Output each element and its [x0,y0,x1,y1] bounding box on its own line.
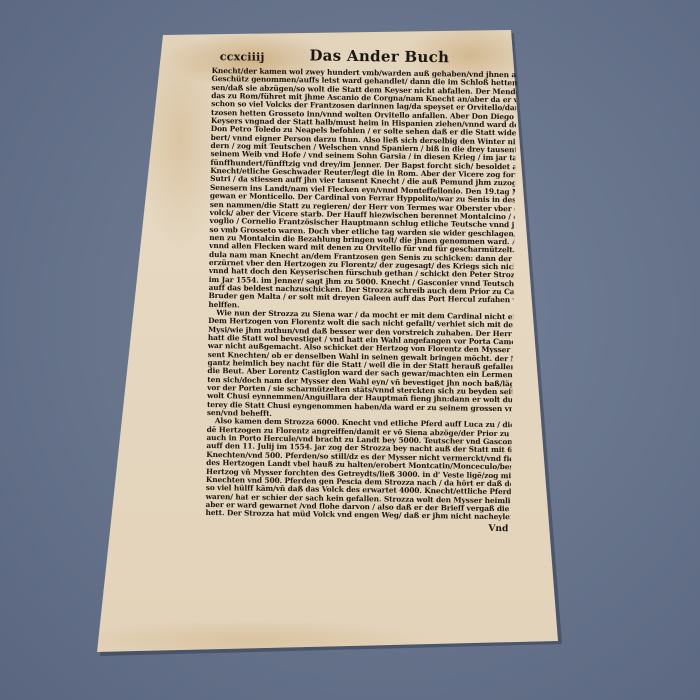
running-title: Das Ander Buch [212,45,517,67]
page-content: ccxciiij Das Ander Buch Knecht/der kamen… [205,45,517,534]
body-text: Knecht/der kamen wol zwey hundert vmb/wa… [205,67,516,522]
page-header: ccxciiij Das Ander Buch [212,45,517,71]
